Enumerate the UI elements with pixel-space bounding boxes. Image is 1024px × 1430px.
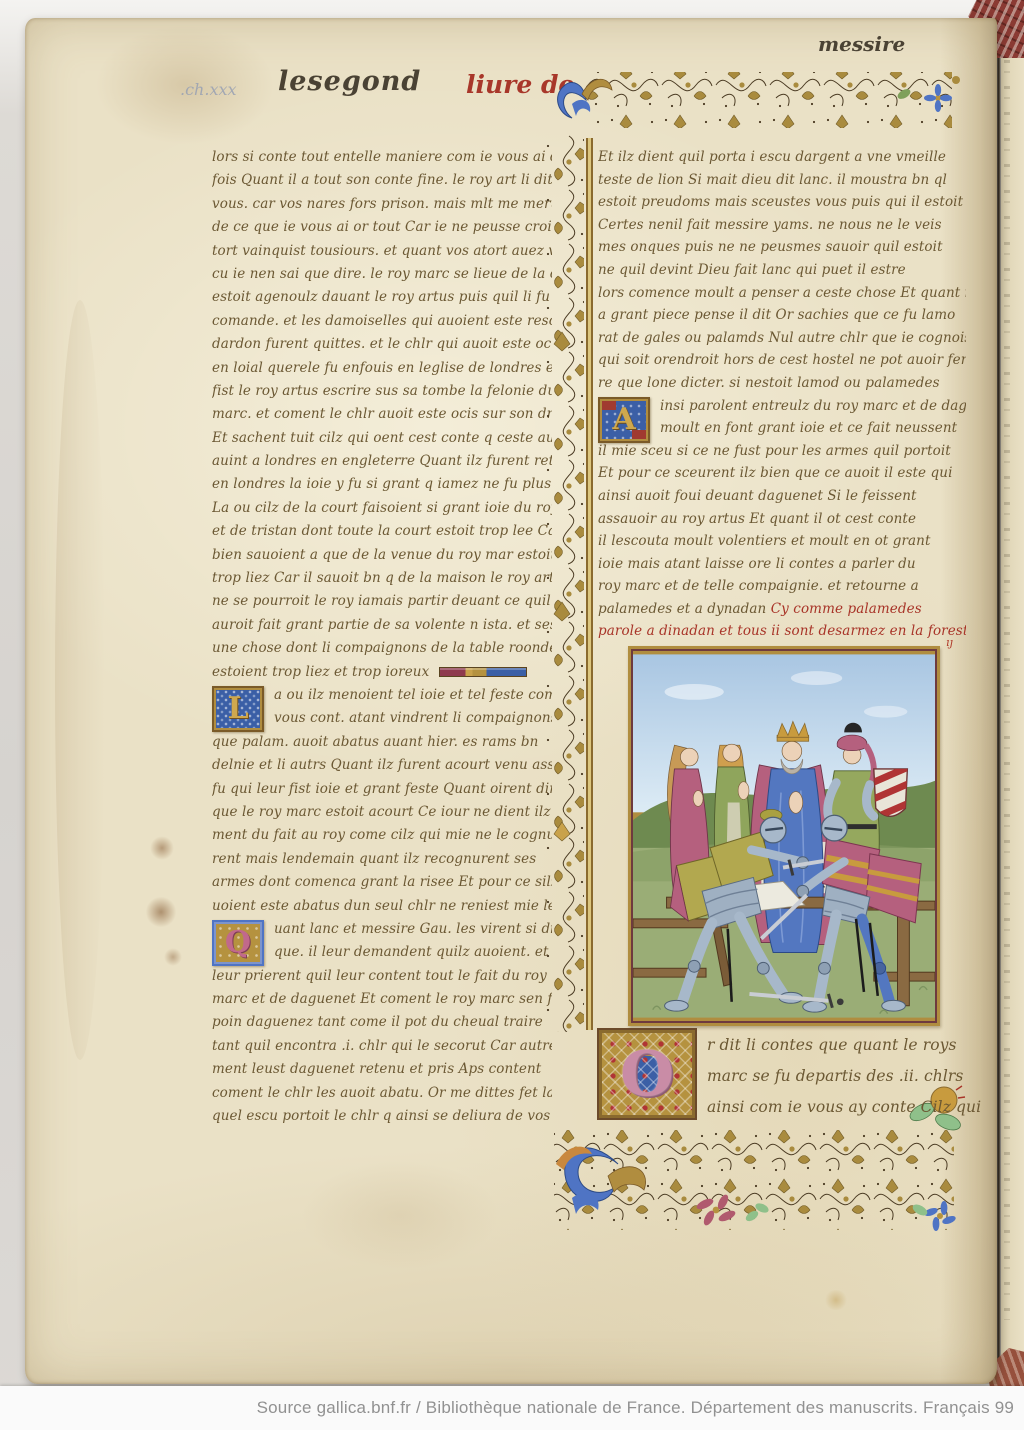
border-gold-bar <box>586 138 593 1030</box>
miniature-illustration <box>631 649 937 1023</box>
floral-border-left <box>544 134 588 1032</box>
manuscript-line: ne se pourroit le roy iamais partir deua… <box>212 590 552 613</box>
illuminated-initial-o: O <box>597 1028 697 1120</box>
manuscript-line: rent mais lendemain quant ilz recognuren… <box>212 848 552 871</box>
line-filler-ornament <box>439 667 527 677</box>
manuscript-line: ne quil devint Dieu fait lanc qui puet i… <box>598 259 966 282</box>
manuscript-line: marc. et coment le chlr auoit este ocis … <box>212 403 552 426</box>
manuscript-line: coment le chlr les auoit abatu. Or me di… <box>212 1082 552 1105</box>
manuscript-line: comande. et les damoiselles qui auoient … <box>212 310 552 333</box>
manuscript-line: ment leust daguenet retenu et pris Aps c… <box>212 1058 552 1081</box>
manuscript-line: parole a dinadan et tous ii sont desarme… <box>598 620 966 643</box>
manuscript-line: moult en font grant ioie et ce fait neus… <box>598 417 966 440</box>
manuscript-line: Certes nenil fait messire yams. ne nous … <box>598 214 966 237</box>
manuscript-line: tort vainquist tousiours. et quant vos a… <box>212 240 552 263</box>
manuscript-line: Et pour ce sceurent ilz bien que ce auoi… <box>598 462 966 485</box>
header-section-title: lesegond <box>278 66 421 97</box>
manuscript-line: delnie et li autrs Quant ilz furent acou… <box>212 754 552 777</box>
manuscript-line: en loial querele fu enfouis en leglise d… <box>212 357 552 380</box>
manuscript-line: qui soit orendroit hors de cest hostel n… <box>598 349 966 372</box>
manuscript-line: estoient trop liez et trop ioreux <box>212 661 552 684</box>
illuminated-initial-q: Q <box>212 920 264 966</box>
source-attribution: Source gallica.bnf.fr / Bibliothèque nat… <box>257 1398 1014 1418</box>
manuscript-line: Et sachent tuit cilz qui oent cest conte… <box>212 427 552 450</box>
manuscript-line: mes onques puis ne ne peusmes sauoir qui… <box>598 236 966 259</box>
illuminated-initial-a: A <box>598 397 650 443</box>
manuscript-line: re que lone dicter. si nestoit lamod ou … <box>598 372 966 395</box>
closing-lines: r dit li contes que quant le roysmarc se… <box>707 1028 981 1123</box>
manuscript-line: vous. car vos nares fors prison. mais ml… <box>212 193 552 216</box>
manuscript-line: auint a londres en engleterre Quant ilz … <box>212 450 552 473</box>
manuscript-line: trop liez Car il sauoit bn q de la maiso… <box>212 567 552 590</box>
manuscript-line: teste de lion Si mait dieu dit lanc. il … <box>598 169 966 192</box>
manuscript-line: assauoir au roy artus Et quant il ot ces… <box>598 508 966 531</box>
illuminated-initial-l: L <box>212 686 264 732</box>
header-running-title: messire <box>818 32 905 56</box>
manuscript-line: que le roy marc estoit acourt Ce iour ne… <box>212 801 552 824</box>
footer-bar: Source gallica.bnf.fr / Bibliothèque nat… <box>0 1386 1024 1430</box>
facing-page-showthrough <box>1004 60 1010 1320</box>
manuscript-line: poin daguenez tant come il pot du cheual… <box>212 1011 552 1034</box>
manuscript-line: ainsi auoit foui deuant daguenet Si le f… <box>598 485 966 508</box>
manuscript-line: armes dont comenca grant la risee Et pou… <box>212 871 552 894</box>
manuscript-line: fu qui leur fist ioie et grant feste Qua… <box>212 778 552 801</box>
manuscript-scan: .ch.xxx lesegond liure de messire lors s… <box>0 0 1024 1430</box>
manuscript-line: r dit li contes que quant le roys <box>707 1030 981 1061</box>
manuscript-line: Et ilz dient quil porta i escu dargent a… <box>598 146 966 169</box>
manuscript-line: estoit preudoms mais sceustes vous puis … <box>598 191 966 214</box>
manuscript-line: lors comence moult a penser a ceste chos… <box>598 282 966 305</box>
manuscript-line: auroit fait grant partie de sa volente n… <box>212 614 552 637</box>
manuscript-line: il mie sceu si ce ne fust pour les armes… <box>598 440 966 463</box>
closing-paragraph: O r dit li contes que quant le roysmarc … <box>597 1028 969 1123</box>
manuscript-line: roy marc et de telle compaignie. et reto… <box>598 575 966 598</box>
manuscript-line: ioie mais atant laisse ore li contes a p… <box>598 553 966 576</box>
folio-mark: .ch.xxx <box>180 80 237 99</box>
manuscript-line: rat de gales ou palamds Nul autre chlr q… <box>598 327 966 350</box>
manuscript-line: en londres la ioie y fu si grant q iamez… <box>212 473 552 496</box>
manuscript-line: fois Quant il a tout son conte fine. le … <box>212 169 552 192</box>
manuscript-line: quel escu portoit le chlr q ainsi se del… <box>212 1105 552 1128</box>
manuscript-line: lors si conte tout entelle maniere com i… <box>212 146 552 169</box>
manuscript-line: leur prierent quil leur content tout le … <box>212 965 552 988</box>
manuscript-line: de ce que ie vous ai or tout Car ie ne p… <box>212 216 552 239</box>
manuscript-line: il lescouta moult volentiers et moult en… <box>598 530 966 553</box>
marginal-red-marks: ıȷ <box>946 636 962 650</box>
manuscript-line: et de tristan dont toute la court estoit… <box>212 520 552 543</box>
manuscript-line: tant quil encontra .i. chlr qui le secor… <box>212 1035 552 1058</box>
manuscript-line: insi parolent entreulz du roy marc et de… <box>598 395 966 418</box>
floral-border-top <box>552 60 966 136</box>
manuscript-line: que palam. auoit abatus auant hier. es r… <box>212 731 552 754</box>
manuscript-line: fist le roy artus escrire sus sa tombe l… <box>212 380 552 403</box>
manuscript-line: cu ie nen sai que dire. le roy marc se l… <box>212 263 552 286</box>
manuscript-line: La ou cilz de la court faisoient si gran… <box>212 497 552 520</box>
manuscript-line: uoient este abatus dun seul chlr ne reni… <box>212 895 552 918</box>
manuscript-line: ment du fait au roy come cilz qui mie ne… <box>212 824 552 847</box>
manuscript-line: ainsi com ie vous ay conte Cilz qui <box>707 1092 981 1123</box>
text-column-right: Et ilz dient quil porta i escu dargent a… <box>598 146 966 643</box>
manuscript-line: marc se fu departis des .ii. chlrs <box>707 1061 981 1092</box>
manuscript-line: estoit agenoulz dauant le roy artus puis… <box>212 286 552 309</box>
manuscript-line: une chose dont li compaignons de la tabl… <box>212 637 552 660</box>
manuscript-line: a grant piece pense il dit Or sachies qu… <box>598 304 966 327</box>
manuscript-line: bien sauoient a que de la venue du roy m… <box>212 544 552 567</box>
manuscript-line: marc et de daguenet Et coment le roy mar… <box>212 988 552 1011</box>
manuscript-line: dardon furent quittes. et le chlr qui au… <box>212 333 552 356</box>
text-column-left: lors si conte tout entelle maniere com i… <box>212 146 552 1128</box>
floral-border-bottom <box>548 1124 970 1248</box>
manuscript-line: palamedes et a dynadan Cy comme palamede… <box>598 598 966 621</box>
miniature-frame <box>628 646 940 1026</box>
